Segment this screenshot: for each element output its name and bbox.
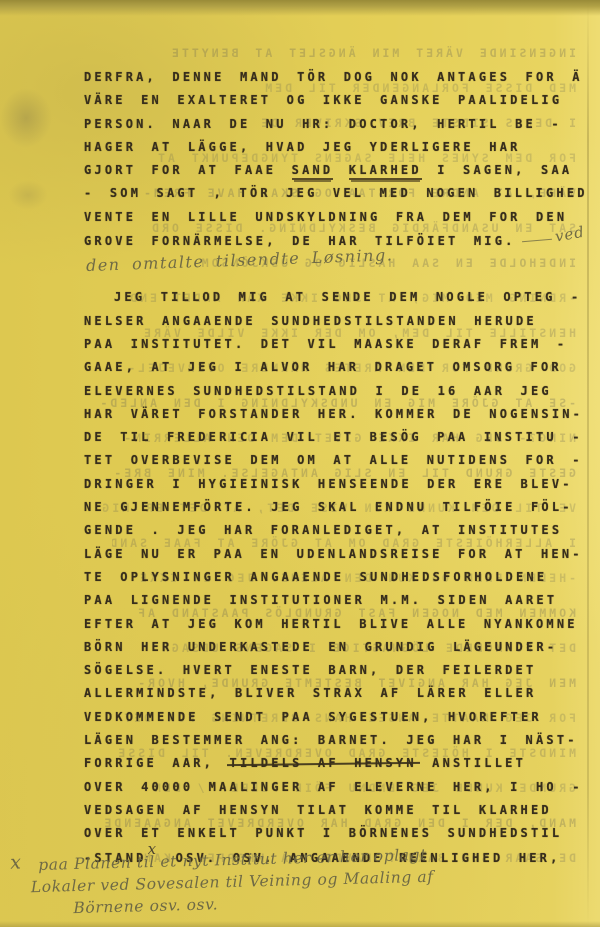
typed-line: NELSER ANGAAENDE SUNDHEDSTILSTANDEN HERU… [84,310,570,333]
margin-smudge [8,180,48,210]
hand-underline-sand: SAND [292,163,334,180]
typed-line-underlined: GJORT FOR AT FAAE SAND KLARHED I SAGEN, … [84,159,570,182]
typed-line: EFTER AT JEG KOM HERTIL BLIVE ALLE NYANK… [84,613,570,636]
hand-underline-klarhed: KLARHED [349,163,422,180]
typed-line: DE TIL FREDERICIA VIL ET BESÖG PAA INSTI… [84,426,570,449]
typed-line: LÄGEN BESTEMMER ANG: BARNET. JEG HAR I N… [84,729,570,752]
typed-line: VEDSAGEN AF HENSYN TILAT KOMME TIL KLARH… [84,799,570,822]
typed-line: PAA INSTITUTET. DET VIL MAASKE DERAF FRE… [84,333,570,356]
typed-line: ALLERMINDSTE, BLIVER STRAX AF LÄRER ELLE… [84,682,570,705]
typed-line: HAR VÄRET FORSTANDER HER. KOMMER DE NOGE… [84,403,570,426]
typed-line: SÖGELSE. HVERT ENESTE BARN, DER FEILERDE… [84,659,570,682]
handwritten-footnote: x paa Planen til et nyt Institut her er … [38,840,580,920]
typed-line: PAA LIGNENDE INSTITUTIONER M.M. SIDEN AA… [84,589,570,612]
typed-line: GAAE, AT JEG I ALVOR HAR DRAGET OMSORG F… [84,356,570,379]
typed-line: PERSON. NAAR DE NU HR: DOCTOR, HERTIL BE… [84,113,570,136]
typed-line: ELEVERNES SUNDHEDSTILSTAND I DE 16 AAR J… [84,380,570,403]
typed-line: BÖRN HER UNDERKASTEDE EN GRUNDIG LÄGEUND… [84,636,570,659]
typed-line: VEDKOMMENDE SENDT PAA SYGESTUEN, HVOREFT… [84,706,570,729]
typed-line: LÄGE NU ER PAA EN UDENLANDSREISE FOR AT … [84,543,570,566]
typed-line: DRINGER I HYGIEINISK HENSEENDE DER ERE B… [84,473,570,496]
typed-line: VÄRE EN EXALTERET OG IKKE GANSKE PAALIDE… [84,89,570,112]
typed-line: DERFRA, DENNE MAND TÖR DOG NOK ANTAGES F… [84,66,570,89]
typed-line: NE GJENNEMFÖRTE. JEG SKAL ENDNU TILFÖIE … [84,496,570,519]
paragraph-2: JEG TILLOD MIG AT SENDE DEM NOGLE OPTEG … [84,286,570,869]
typed-line: JEG TILLOD MIG AT SENDE DEM NOGLE OPTEG … [84,286,570,309]
typewritten-text: DERFRA, DENNE MAND TÖR DOG NOK ANTAGES F… [84,66,570,870]
typed-line: HAGER AT LÄGGE, HVAD JEG YDERLIGERE HAR [84,136,570,159]
paper-top-edge [0,0,600,16]
typed-line: TE OPLYSNINGER ANGAAENDE SUNDHEDSFORHOLD… [84,566,570,589]
typed-line: OVER 40000 MAALINGER AF ELEVERNE HER, I … [84,776,570,799]
margin-smudge [0,88,52,148]
typed-line: GENDE . JEG HAR FORANLEDIGET, AT INSTITU… [84,519,570,542]
typed-line-struck: FORRIGE AAR, TILDELS AF HENSYN ANSTILLET [84,752,570,775]
footnote-x-marker: x [10,851,22,873]
strikethrough-text: TILDELS AF HENSYN [230,756,417,770]
paper-right-crease [587,0,589,927]
typed-line: TET OVERBEVISE DEM OM AT ALLE NUTIDENS F… [84,449,570,472]
scanned-letter-page: INGENSINDE VÄRET MIN ÄNGSLET AT BENYTTEM… [0,0,600,927]
paper-bottom-edge [0,921,600,927]
typed-line: VENTE EN LILLE UNDSKYLDNING FRA DEM FOR … [84,206,570,229]
paragraph-1: DERFRA, DENNE MAND TÖR DOG NOK ANTAGES F… [84,66,570,276]
typed-line: - SOM SAGT , TÖR JEG VEL MED NOGEN BILLI… [84,182,570,205]
